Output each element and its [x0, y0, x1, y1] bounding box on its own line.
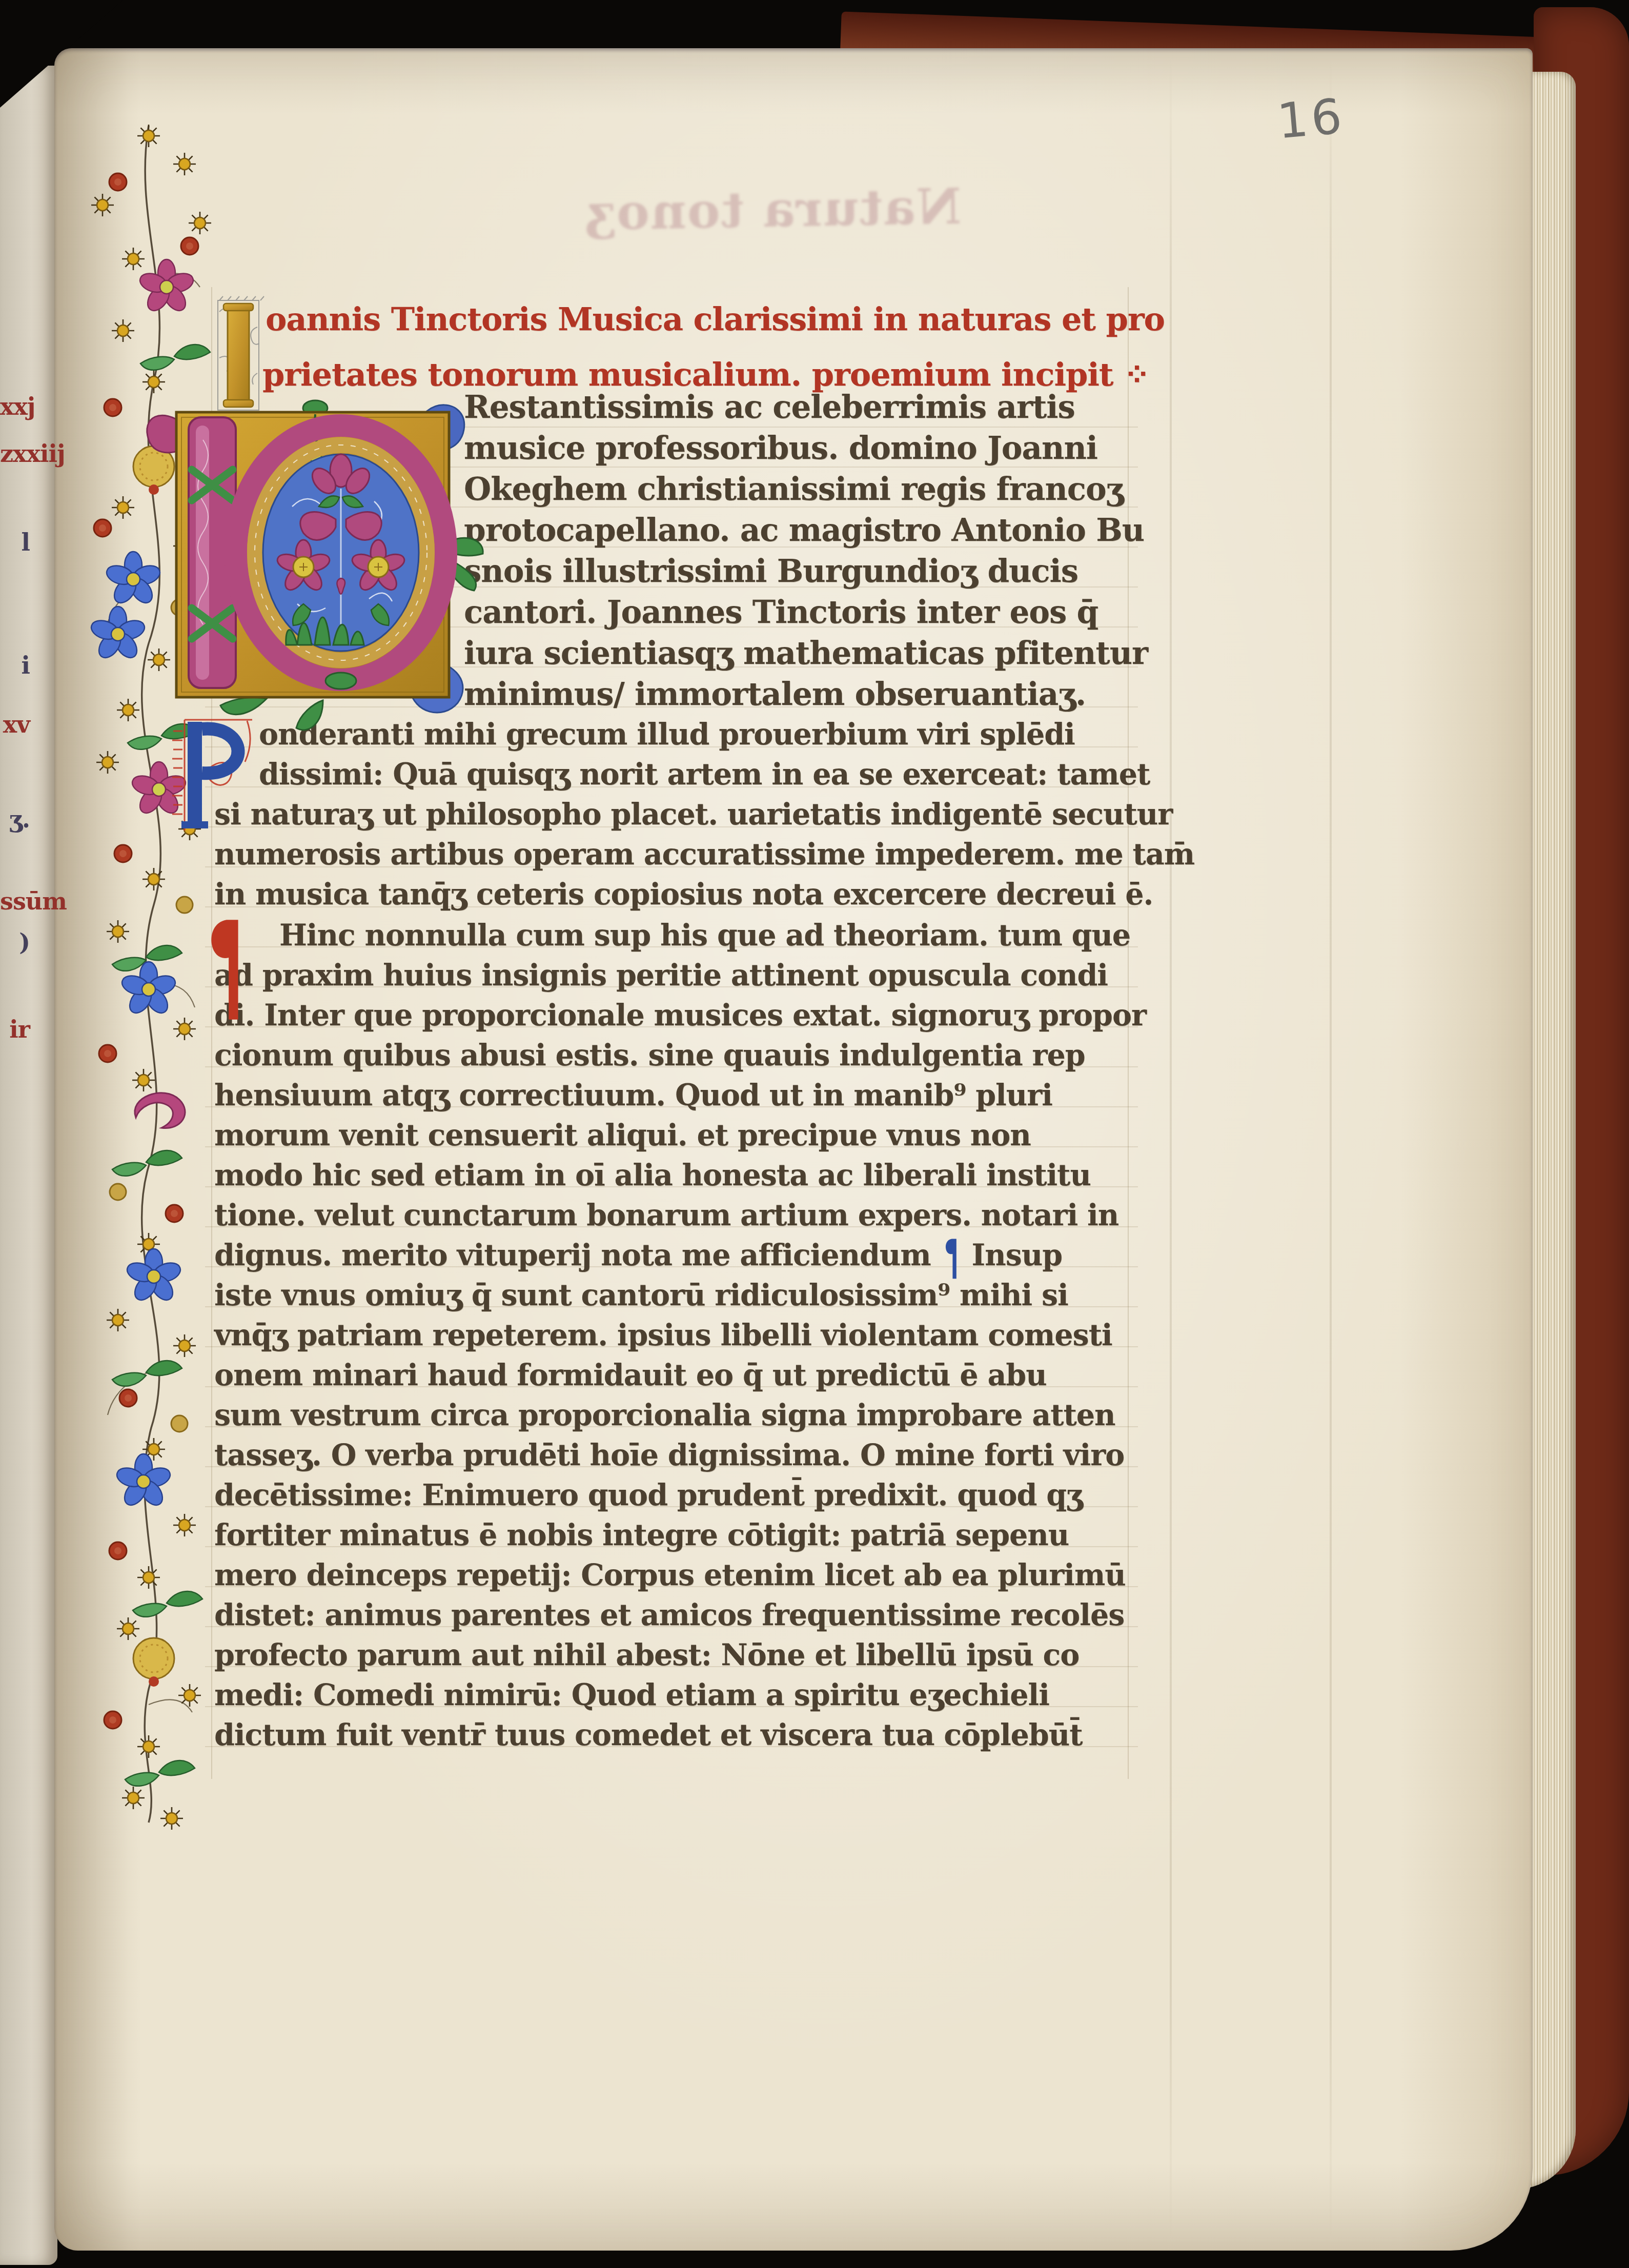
text-line: in musica tanq̄ʒ ceteris copiosius nota … — [214, 880, 1153, 909]
text-line: Restantissimis ac celeberrimis artis — [464, 392, 1075, 423]
text-line: iura scientiasqʒ mathematicas pfitentur — [464, 638, 1148, 669]
text-line: di. Inter que proporcionale musices exta… — [214, 1001, 1146, 1030]
floral-border — [72, 115, 226, 1828]
text-line: Okeghem christianissimi regis francoʒ — [464, 474, 1123, 505]
text-line: dignus. merito vituperij nota me afficie… — [214, 1241, 1062, 1281]
text-line: ad praxim huius insignis peritie attinen… — [214, 961, 1108, 990]
text-line: profecto parum aut nihil abest: Nōne et … — [214, 1641, 1079, 1670]
text-line: mero deinceps repetij: Corpus etenim lic… — [214, 1561, 1126, 1590]
text-line-part: dignus. merito vituperij nota me afficie… — [214, 1241, 931, 1270]
rubric-line-2: prietates tonorum musicalium. proemium i… — [262, 359, 1150, 391]
page-fold-line — [1170, 56, 1172, 2240]
penwork-initial-p — [170, 716, 257, 834]
margin-fragment: i — [0, 654, 30, 677]
text-line: snois illustrissimi Burgundioʒ ducis — [464, 556, 1078, 587]
text-line: musice professoribus. domino Joanni — [464, 433, 1097, 464]
margin-fragment: zxxiij — [0, 442, 30, 465]
rubric-line-1: oannis Tinctoris Musica clarissimi in na… — [266, 303, 1165, 335]
text-line: decētissime: Enimuero quod prudent̄ pred… — [214, 1481, 1082, 1510]
text-line: cionum quibus abusi estis. sine quauis i… — [214, 1041, 1085, 1070]
ink-offset-ghost-text: Natura tonoʒ — [471, 175, 1077, 244]
text-line: protocapellano. ac magistro Antonio Bu — [464, 515, 1144, 546]
text-line: sum vestrum circa proporcionalia signa i… — [214, 1401, 1115, 1430]
text-line: onderanti mihi grecum illud prouerbium v… — [259, 720, 1075, 749]
text-line: hensiuum atqʒ correctiuum. Quod ut in ma… — [214, 1081, 1052, 1110]
margin-fragment: xxj — [0, 395, 30, 418]
illuminated-initial-p — [169, 404, 456, 706]
text-line: tione. velut cunctarum bonarum artium ex… — [214, 1201, 1118, 1230]
text-line-part: Insup — [972, 1241, 1063, 1270]
text-line: numerosis artibus operam accuratissime i… — [214, 840, 1194, 869]
text-line: distet: animus parentes et amicos freque… — [214, 1601, 1124, 1630]
text-line: minimus/ immortalem obseruantiaʒ. — [464, 679, 1086, 710]
red-capitulum-mark — [208, 917, 243, 1024]
margin-fragment: l — [0, 531, 30, 554]
margin-fragment: ir — [0, 1018, 30, 1041]
text-line: onem minari haud formidauit eo q̄ ut pre… — [214, 1361, 1047, 1390]
text-line: dictum fuit ventr̄ tuus comedet et visce… — [214, 1720, 1082, 1750]
margin-fragment: ʒ. — [0, 807, 30, 831]
text-line: dissimi: Quā quisqʒ norit artem in ea se… — [259, 760, 1150, 789]
text-line: tasseʒ. O verba prudēti hoīe dignissima.… — [214, 1441, 1124, 1470]
text-line: vnq̄ʒ patriam repeterem. ipsius libelli … — [214, 1321, 1112, 1350]
margin-fragment: ssūm — [0, 889, 30, 913]
text-line: iste vnus omiuʒ q̄ sunt cantorū ridiculo… — [214, 1281, 1068, 1310]
manuscript-photo: { "page": { "number": "16" }, "ghost": {… — [0, 0, 1629, 2268]
text-line: modo hic sed etiam in oī alia honesta ac… — [214, 1161, 1091, 1190]
text-line: morum venit censuerit aliqui. et precipu… — [214, 1121, 1031, 1150]
margin-fragment: ) — [0, 930, 30, 954]
margin-guide-right — [1128, 287, 1129, 1779]
page-fold-line — [1330, 56, 1332, 2240]
text-line: fortiter minatus ē nobis integre cōtigit… — [214, 1521, 1069, 1550]
text-line: Hinc nonnulla cum sup his que ad theoria… — [279, 921, 1130, 950]
rubric-gold-initial-i — [215, 296, 261, 417]
text-line: cantori. Joannes Tinctoris inter eos q̄ — [464, 597, 1098, 628]
blue-capitulum-mark — [944, 1238, 959, 1281]
margin-fragment: xv — [0, 713, 30, 736]
text-line: medi: Comedi nimirū: Quod etiam a spirit… — [214, 1680, 1049, 1710]
text-line: si naturaʒ ut philosopho placet. uarieta… — [214, 800, 1172, 829]
folio-number: 16 — [1275, 88, 1348, 150]
